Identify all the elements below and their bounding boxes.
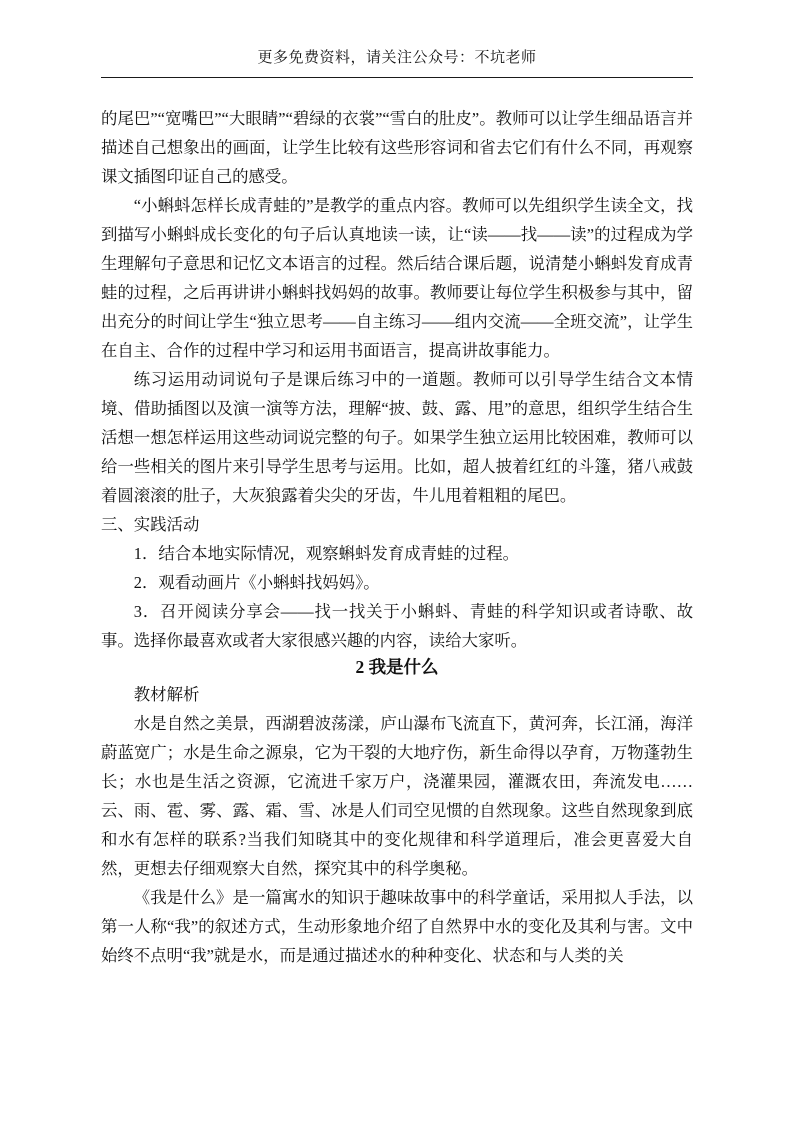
subheading: 教材解析 (101, 680, 693, 709)
section-heading: 三、实践活动 (101, 510, 693, 539)
chapter-title: 2 我是什么 (101, 655, 693, 680)
paragraph: “小蝌蚪怎样长成青蛙的”是教学的重点内容。教师可以先组织学生读全文，找到描写小蝌… (101, 191, 693, 365)
paragraph: 练习运用动词说句子是课后练习中的一道题。教师可以引导学生结合文本情境、借助插图以… (101, 365, 693, 510)
paragraph: 水是自然之美景，西湖碧波荡漾，庐山瀑布飞流直下，黄河奔，长江涌，海洋蔚蓝宽广；水… (101, 709, 693, 883)
list-item: 2．观看动画片《小蝌蚪找妈妈》。 (101, 568, 693, 597)
header-notice: 更多免费资料，请关注公众号：不坑老师 (101, 48, 693, 77)
list-item: 1．结合本地实际情况，观察蝌蚪发育成青蛙的过程。 (101, 539, 693, 568)
document-page: 更多免费资料，请关注公众号：不坑老师 的尾巴”“宽嘴巴”“大眼睛”“碧绿的衣裳”… (0, 0, 793, 1122)
list-item: 3．召开阅读分享会——找一找关于小蝌蚪、青蛙的科学知识或者诗歌、故事。选择你最喜… (101, 597, 693, 655)
paragraph: 的尾巴”“宽嘴巴”“大眼睛”“碧绿的衣裳”“雪白的肚皮”。教师可以让学生细品语言… (101, 104, 693, 191)
document-body: 的尾巴”“宽嘴巴”“大眼睛”“碧绿的衣裳”“雪白的肚皮”。教师可以让学生细品语言… (101, 104, 693, 970)
paragraph: 《我是什么》是一篇寓水的知识于趣味故事中的科学童话，采用拟人手法，以第一人称“我… (101, 883, 693, 970)
page-header: 更多免费资料，请关注公众号：不坑老师 (101, 48, 693, 78)
